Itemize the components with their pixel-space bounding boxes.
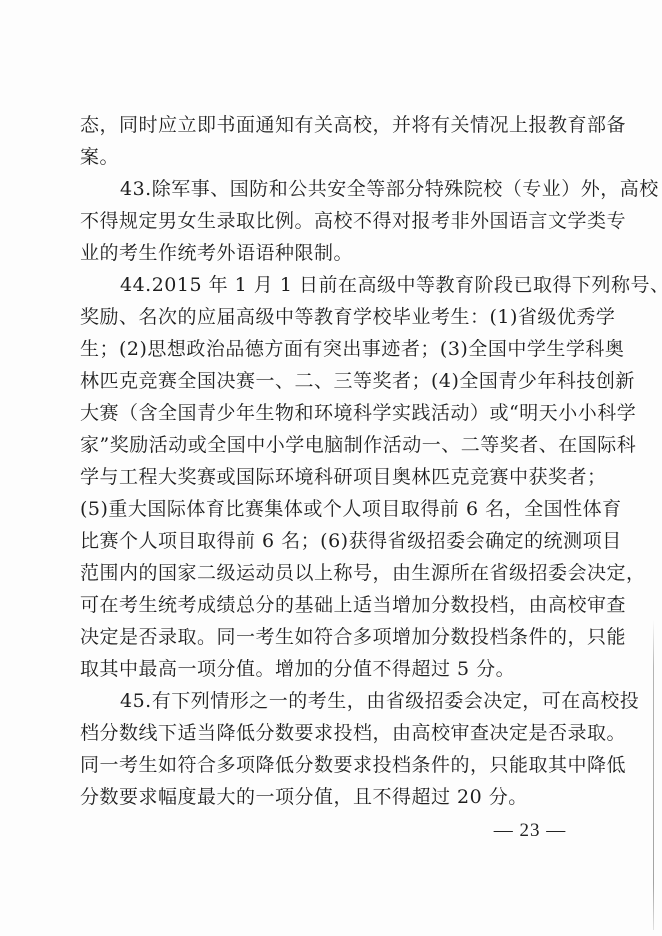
body-text: 态，同时应立即书面通知有关高校，并将有关情况上报教育部备 案。 43.除军事、国… xyxy=(80,109,566,813)
text-line: 学与工程大奖赛或国际环境科研项目奥林匹克竞赛中获奖者； xyxy=(80,461,566,493)
text-line: 分数要求幅度最大的一项分值，且不得超过 20 分。 xyxy=(80,781,566,813)
text-line: 态，同时应立即书面通知有关高校，并将有关情况上报教育部备 xyxy=(80,109,566,141)
text-line: 业的考生作统考外语语种限制。 xyxy=(80,237,566,269)
paragraph-44-start: 44.2015 年 1 月 1 日前在高级中等教育阶段已取得下列称号、 xyxy=(80,269,566,301)
text-line: 决定是否录取。同一考生如符合多项增加分数投档条件的，只能 xyxy=(80,621,566,653)
paragraph-45-start: 45.有下列情形之一的考生，由省级招委会决定，可在高校投 xyxy=(80,685,566,717)
scan-artifact-line xyxy=(653,620,654,930)
paragraph-43-start: 43.除军事、国防和公共安全等部分特殊院校（专业）外，高校 xyxy=(80,173,566,205)
text-line: 家”奖励活动或全国中小学电脑制作活动一、二等奖者、在国际科 xyxy=(80,429,566,461)
text-line: 不得规定男女生录取比例。高校不得对报考非外国语言文学类专 xyxy=(80,205,566,237)
text-line: 生；(2)思想政治品德方面有突出事迹者；(3)全国中学生学科奥 xyxy=(80,333,566,365)
text-line: 可在考生统考成绩总分的基础上适当增加分数投档，由高校审查 xyxy=(80,589,566,621)
text-line: 大赛（含全国青少年生物和环境科学实践活动）或“明天小小科学 xyxy=(80,397,566,429)
text-line: 取其中最高一项分值。增加的分值不得超过 5 分。 xyxy=(80,653,566,685)
text-line: 范围内的国家二级运动员以上称号，由生源所在省级招委会决定， xyxy=(80,557,566,589)
text-line: 档分数线下适当降低分数要求投档，由高校审查决定是否录取。 xyxy=(80,717,566,749)
page-number: — 23 — xyxy=(480,820,580,842)
text-line: 同一考生如符合多项降低分数要求投档条件的，只能取其中降低 xyxy=(80,749,566,781)
text-line: 比赛个人项目取得前 6 名；(6)获得省级招委会确定的统测项目 xyxy=(80,525,566,557)
text-line: 林匹克竞赛全国决赛一、二、三等奖者；(4)全国青少年科技创新 xyxy=(80,365,566,397)
text-line: (5)重大国际体育比赛集体或个人项目取得前 6 名，全国性体育 xyxy=(80,493,566,525)
text-line: 奖励、名次的应届高级中等教育学校毕业考生：(1)省级优秀学 xyxy=(80,301,566,333)
document-page: 态，同时应立即书面通知有关高校，并将有关情况上报教育部备 案。 43.除军事、国… xyxy=(0,0,662,936)
text-line: 案。 xyxy=(80,141,566,173)
